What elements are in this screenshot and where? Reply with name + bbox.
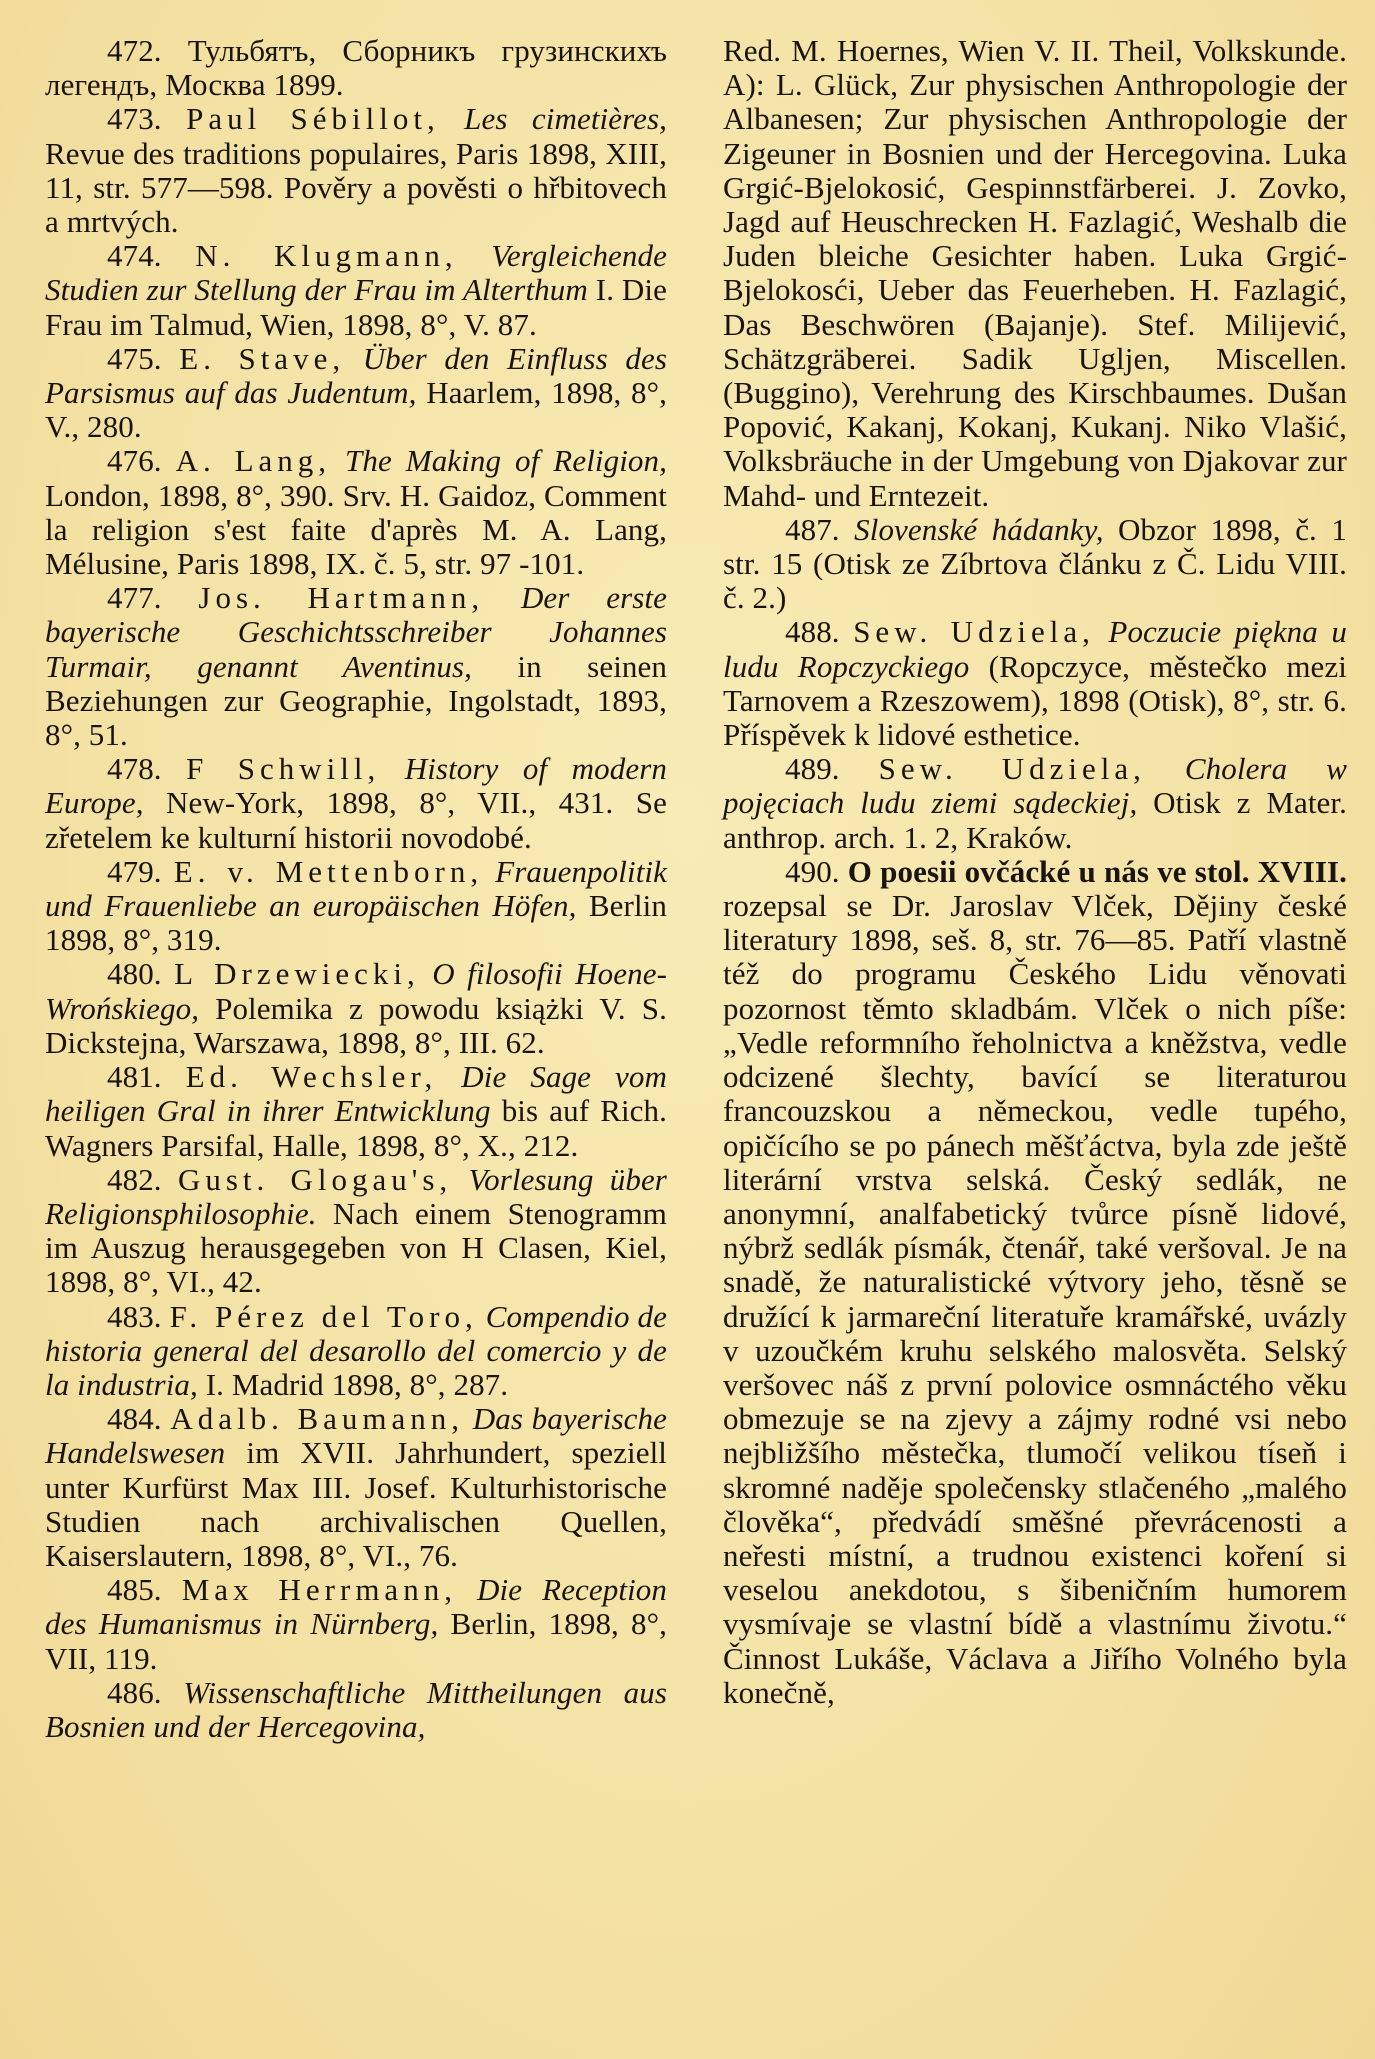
entry-author: A. Lang, bbox=[176, 443, 331, 478]
entry-author: E. Stave, bbox=[179, 341, 345, 376]
entry-number: 490. bbox=[785, 854, 840, 889]
entry-author: Gust. Glogau's, bbox=[178, 1162, 452, 1197]
entry-details: Revue des traditions populaires, Paris 1… bbox=[45, 136, 667, 239]
entry-number: 476. bbox=[107, 443, 162, 478]
bibliography-entry-486: 486. Wissenschaftliche Mittheilungen aus… bbox=[45, 1676, 667, 1744]
bibliography-entry-488: 488. Sew. Udziela, Poczucie piękna u lud… bbox=[723, 615, 1347, 752]
entry-number: 489. bbox=[785, 751, 840, 786]
entry-author: F. Pérez del Toro, bbox=[170, 1299, 478, 1334]
bibliography-entry-480: 480. L Drzewiecki, O filosofii Hoene-Wro… bbox=[45, 957, 667, 1060]
entry-number: 477. bbox=[107, 580, 162, 615]
entry-title: Les cimetières, bbox=[464, 101, 667, 136]
entry-number: 486. bbox=[107, 1675, 162, 1710]
entry-number: 488. bbox=[785, 614, 840, 649]
entry-author: N. Klugmann, bbox=[195, 238, 457, 273]
entry-number: 487. bbox=[785, 512, 840, 547]
bibliography-entry-482: 482. Gust. Glogau's, Vorlesung über Reli… bbox=[45, 1163, 667, 1300]
entry-number: 485. bbox=[107, 1572, 162, 1607]
bibliography-entry-473: 473. Paul Sébillot, Les cimetières, Revu… bbox=[45, 102, 667, 239]
bibliography-entry-481: 481. Ed. Wechsler, Die Sage vom heiligen… bbox=[45, 1060, 667, 1163]
bibliography-entry-476: 476. A. Lang, The Making of Religion, Lo… bbox=[45, 444, 667, 581]
bibliography-entry-477: 477. Jos. Hartmann, Der erste bayerische… bbox=[45, 581, 667, 752]
entry-author: Adalb. Baumann, bbox=[170, 1401, 464, 1436]
entry-number: 480. bbox=[107, 956, 162, 991]
entry-number: 479. bbox=[107, 854, 162, 889]
entry-number: 474. bbox=[107, 238, 162, 273]
entry-title: Slovenské hádanky, bbox=[854, 512, 1103, 547]
bibliography-entry-487: 487. Slovenské hádanky, Obzor 1898, č. 1… bbox=[723, 513, 1347, 616]
bibliography-entry-472: 472. Тульбятъ, Сборникъ грузинскихъ леге… bbox=[45, 34, 667, 102]
bibliography-entry-490: 490. O poesii ovčácké u nás ve stol. XVI… bbox=[723, 855, 1347, 1710]
entry-author: Paul Sébillot, bbox=[186, 101, 440, 136]
entry-number: 481. bbox=[107, 1059, 162, 1094]
entry-number: 475. bbox=[107, 341, 162, 376]
entry-number: 472. bbox=[107, 33, 162, 68]
entry-heading: O poesii ovčácké u nás ve stol. XVIII. bbox=[848, 854, 1347, 889]
bibliography-entry-478: 478. F Schwill, History of modern Europe… bbox=[45, 752, 667, 855]
entry-details: I. Madrid 1898, 8°, 287. bbox=[206, 1367, 508, 1402]
entry-details: London, 1898, 8°, 390. Srv. H. Gaidoz, C… bbox=[45, 478, 667, 581]
entry-author: Jos. Hartmann, bbox=[198, 580, 484, 615]
entry-text: Red. M. Hoernes, Wien V. II. Theil, Volk… bbox=[723, 33, 1347, 513]
scanned-page: 472. Тульбятъ, Сборникъ грузинскихъ леге… bbox=[0, 0, 1375, 2059]
entry-number: 483. bbox=[107, 1299, 162, 1334]
entry-author: Sew. Udziela, bbox=[853, 614, 1095, 649]
entry-author: Sew. Udziela, bbox=[879, 751, 1146, 786]
bibliography-entry-474: 474. N. Klugmann, Vergleichende Studien … bbox=[45, 239, 667, 342]
right-column: Red. M. Hoernes, Wien V. II. Theil, Volk… bbox=[723, 34, 1347, 1710]
bibliography-entry-475: 475. E. Stave, Über den Einfluss des Par… bbox=[45, 342, 667, 445]
entry-author: F Schwill, bbox=[186, 751, 380, 786]
entry-author: Max Herrmann, bbox=[182, 1572, 457, 1607]
entry-number: 473. bbox=[107, 101, 162, 136]
entry-author: L Drzewiecki, bbox=[174, 956, 420, 991]
entry-details: rozepsal se Dr. Jaroslav Vlček, Dějiny č… bbox=[723, 888, 1347, 1710]
bibliography-entry-479: 479. E. v. Mettenborn, Frauenpolitik und… bbox=[45, 855, 667, 958]
entry-number: 478. bbox=[107, 751, 162, 786]
bibliography-entry-485: 485. Max Herrmann, Die Reception des Hum… bbox=[45, 1573, 667, 1676]
entry-title: The Making of Religion, bbox=[345, 443, 667, 478]
bibliography-entry-484: 484. Adalb. Baumann, Das bayerische Hand… bbox=[45, 1402, 667, 1573]
bibliography-entry-489: 489. Sew. Udziela, Cholera w pojęciach l… bbox=[723, 752, 1347, 855]
bibliography-entry-483: 483. F. Pérez del Toro, Compendio de his… bbox=[45, 1300, 667, 1403]
entry-author: Ed. Wechsler, bbox=[186, 1059, 438, 1094]
entry-number: 482. bbox=[107, 1162, 162, 1197]
left-column: 472. Тульбятъ, Сборникъ грузинскихъ леге… bbox=[45, 34, 667, 1744]
bibliography-entry-486-continued: Red. M. Hoernes, Wien V. II. Theil, Volk… bbox=[723, 34, 1347, 513]
entry-author: E. v. Mettenborn, bbox=[174, 854, 483, 889]
entry-number: 484. bbox=[107, 1401, 162, 1436]
